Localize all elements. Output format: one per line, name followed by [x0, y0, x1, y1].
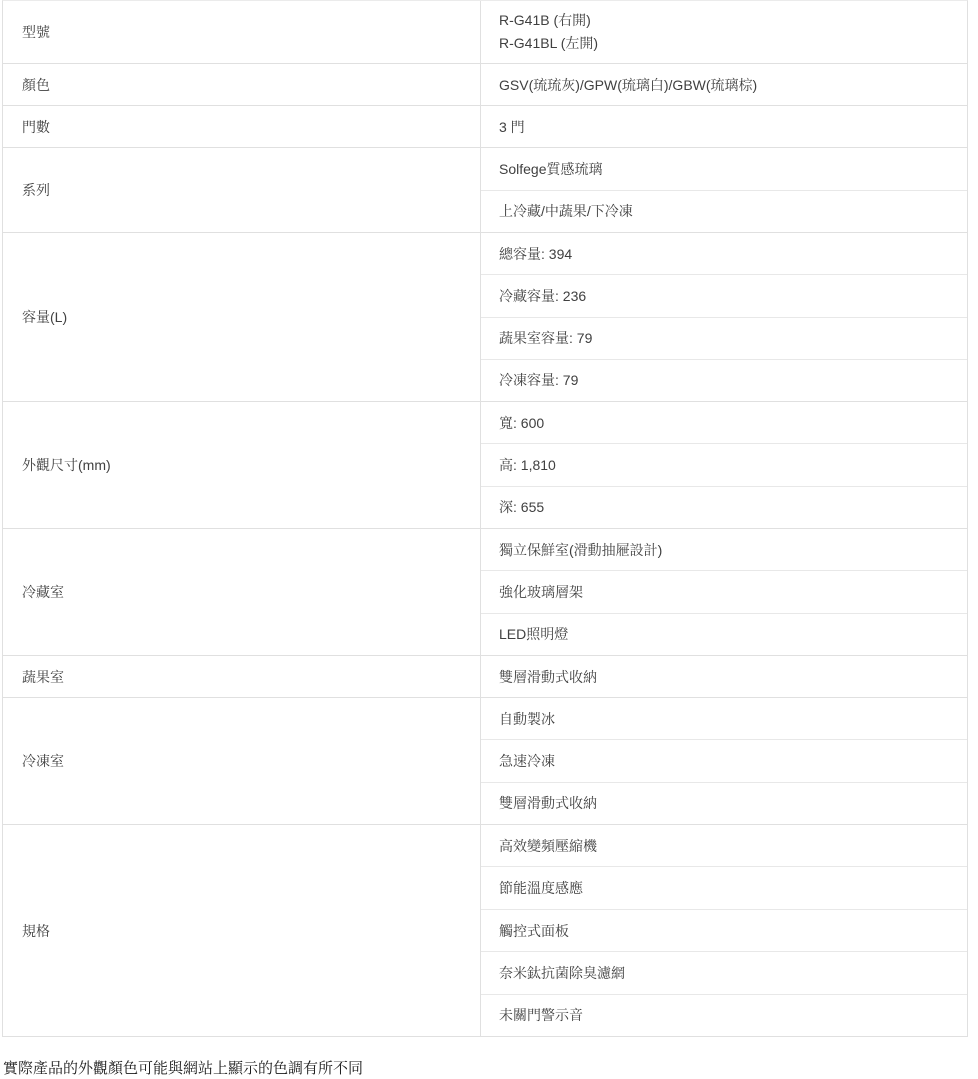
- value-cell: 觸控式面板: [481, 910, 967, 952]
- row-label-doors: 門數: [3, 106, 481, 147]
- label-text: 冷凍室: [22, 751, 64, 771]
- value-cell: 節能溫度感應: [481, 867, 967, 909]
- spec-row-capacity: 容量(L) 總容量: 394 冷藏容量: 236 蔬果室容量: 79 冷凍容量:…: [3, 233, 967, 402]
- spec-row-doors: 門數 3 門: [3, 106, 967, 148]
- spec-row-features: 規格 高效變頻壓縮機 節能溫度感應 觸控式面板 奈米鈦抗菌除臭濾網 未關門警示音: [3, 825, 967, 1036]
- value-cell: 蔬果室容量: 79: [481, 318, 967, 360]
- label-text: 容量(L): [22, 307, 67, 327]
- label-text: 顏色: [22, 75, 50, 95]
- row-values-dimensions: 寬: 600 高: 1,810 深: 655: [481, 402, 967, 528]
- row-values-fridge: 獨立保鮮室(滑動抽屜設計) 強化玻璃層架 LED照明燈: [481, 529, 967, 655]
- value-cell: Solfege質感琉璃: [481, 148, 967, 191]
- row-label-features: 規格: [3, 825, 481, 1036]
- row-label-freezer: 冷凍室: [3, 698, 481, 824]
- value-cell: 奈米鈦抗菌除臭濾網: [481, 952, 967, 994]
- value-cell: 高效變頻壓縮機: [481, 825, 967, 867]
- value-cell: 上冷藏/中蔬果/下冷凍: [481, 191, 967, 233]
- spec-row-fridge: 冷藏室 獨立保鮮室(滑動抽屜設計) 強化玻璃層架 LED照明燈: [3, 529, 967, 656]
- value-cell: 深: 655: [481, 487, 967, 528]
- row-value-model: R-G41B (右開) R-G41BL (左開): [481, 1, 967, 63]
- label-text: 型號: [22, 22, 50, 42]
- row-values-color: GSV(琉琉灰)/GPW(琉璃白)/GBW(琉璃棕): [481, 64, 967, 105]
- label-text: 外觀尺寸(mm): [22, 455, 111, 475]
- row-values-freezer: 自動製冰 急速冷凍 雙層滑動式收納: [481, 698, 967, 824]
- label-text: 門數: [22, 117, 50, 137]
- row-label-fridge: 冷藏室: [3, 529, 481, 655]
- row-label-model: 型號: [3, 1, 481, 63]
- value-cell: 寬: 600: [481, 402, 967, 444]
- value-cell: 急速冷凍: [481, 740, 967, 782]
- value-cell: 高: 1,810: [481, 444, 967, 486]
- label-text: 冷藏室: [22, 582, 64, 602]
- row-label-vegetable: 蔬果室: [3, 656, 481, 697]
- spec-table: 型號 R-G41B (右開) R-G41BL (左開) 顏色 GSV(琉琉灰)/…: [2, 0, 968, 1037]
- label-text: 規格: [22, 921, 50, 941]
- row-values-doors: 3 門: [481, 106, 967, 147]
- value-cell: 未關門警示音: [481, 995, 967, 1036]
- model-line-2: R-G41BL (左開): [499, 32, 967, 55]
- row-label-dimensions: 外觀尺寸(mm): [3, 402, 481, 528]
- value-cell: 3 門: [481, 106, 967, 147]
- row-values-vegetable: 雙層滑動式收納: [481, 656, 967, 697]
- spec-row-series: 系列 Solfege質感琉璃 上冷藏/中蔬果/下冷凍: [3, 148, 967, 233]
- value-cell: 強化玻璃層架: [481, 571, 967, 613]
- spec-row-freezer: 冷凍室 自動製冰 急速冷凍 雙層滑動式收納: [3, 698, 967, 825]
- label-text: 系列: [22, 180, 50, 200]
- value-cell: 雙層滑動式收納: [481, 656, 967, 697]
- row-values-features: 高效變頻壓縮機 節能溫度感應 觸控式面板 奈米鈦抗菌除臭濾網 未關門警示音: [481, 825, 967, 1036]
- row-label-series: 系列: [3, 148, 481, 232]
- row-values-capacity: 總容量: 394 冷藏容量: 236 蔬果室容量: 79 冷凍容量: 79: [481, 233, 967, 401]
- model-line-1: R-G41B (右開): [499, 9, 967, 32]
- value-cell: 獨立保鮮室(滑動抽屜設計): [481, 529, 967, 571]
- value-cell: 雙層滑動式收納: [481, 783, 967, 824]
- label-text: 蔬果室: [22, 667, 64, 687]
- spec-row-vegetable: 蔬果室 雙層滑動式收納: [3, 656, 967, 698]
- spec-row-model: 型號 R-G41B (右開) R-G41BL (左開): [3, 1, 967, 64]
- value-cell: 自動製冰: [481, 698, 967, 740]
- value-cell: 總容量: 394: [481, 233, 967, 275]
- value-cell: 冷凍容量: 79: [481, 360, 967, 401]
- value-cell: 冷藏容量: 236: [481, 275, 967, 317]
- spec-row-color: 顏色 GSV(琉琉灰)/GPW(琉璃白)/GBW(琉璃棕): [3, 64, 967, 106]
- value-cell: GSV(琉琉灰)/GPW(琉璃白)/GBW(琉璃棕): [481, 64, 967, 105]
- row-label-color: 顏色: [3, 64, 481, 105]
- spec-row-dimensions: 外觀尺寸(mm) 寬: 600 高: 1,810 深: 655: [3, 402, 967, 529]
- row-label-capacity: 容量(L): [3, 233, 481, 401]
- value-cell: LED照明燈: [481, 614, 967, 655]
- color-disclaimer-note: 實際產品的外觀顏色可能與網站上顯示的色調有所不同: [3, 1057, 978, 1078]
- row-values-series: Solfege質感琉璃 上冷藏/中蔬果/下冷凍: [481, 148, 967, 232]
